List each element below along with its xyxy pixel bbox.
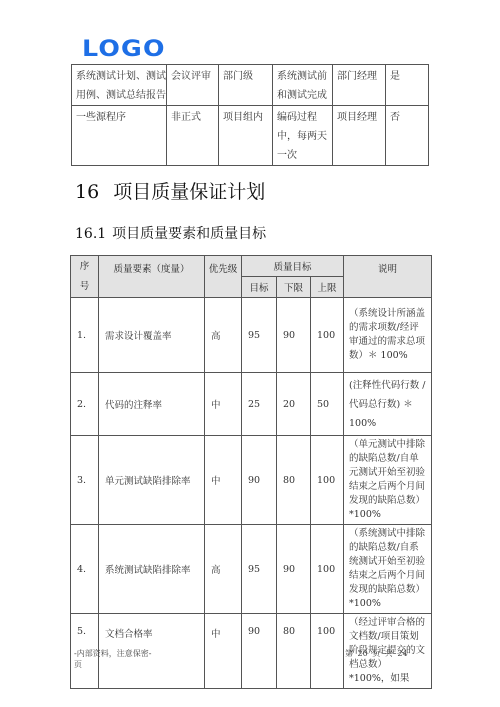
cell-element: 代码的注释率	[99, 373, 205, 436]
table-cell: 是	[386, 65, 429, 106]
cell-element: 需求设计覆盖率	[99, 298, 205, 373]
cell-target: 90	[242, 436, 277, 525]
section-number: 16	[75, 181, 99, 203]
cell-target: 25	[242, 373, 277, 436]
cell-element: 系统测试缺陷排除率	[99, 525, 205, 614]
cell-lower: 80	[277, 436, 311, 525]
cell-priority: 中	[205, 614, 242, 689]
cell-element: 单元测试缺陷排除率	[99, 436, 205, 525]
cell-seq: 3.	[71, 436, 99, 525]
table-cell: 系统测试计划、测试用例、测试总结报告	[72, 65, 167, 106]
table-header-row: 序号 质量要素（度量） 优先级 质量目标 说明	[71, 256, 432, 277]
header-lower: 下限	[277, 277, 311, 298]
table-cell: 项目组内	[219, 106, 273, 166]
header-target: 目标	[242, 277, 277, 298]
cell-lower: 20	[277, 373, 311, 436]
header-seq: 序号	[71, 256, 99, 298]
table-row: 3. 单元测试缺陷排除率 中 90 80 100 （单元测试中排除的缺陷总数/自…	[71, 436, 432, 525]
cell-lower: 80	[277, 614, 311, 689]
header-priority: 优先级	[205, 256, 242, 298]
table-row: 系统测试计划、测试用例、测试总结报告 会议评审 部门级 系统测试前和测试完成 部…	[72, 65, 429, 106]
table-row: 一些源程序 非正式 项目组内 编码过程中，每两天一次 项目经理 否	[72, 106, 429, 166]
cell-seq: 2.	[71, 373, 99, 436]
table-cell: 否	[386, 106, 429, 166]
cell-note: （系统设计所涵盖的需求项数/经评审通过的需求总项数）＊ 100%	[344, 298, 432, 373]
header-upper: 上限	[311, 277, 344, 298]
cell-note: （系统测试中排除的缺陷总数/自系统测试开始至初验结束之后两个月间发现的缺陷总数）…	[344, 525, 432, 614]
cell-upper: 100	[311, 525, 344, 614]
cell-priority: 高	[205, 525, 242, 614]
cell-seq: 4.	[71, 525, 99, 614]
table-cell: 项目经理	[333, 106, 386, 166]
table-cell: 编码过程中，每两天一次	[273, 106, 333, 166]
table-row: 4. 系统测试缺陷排除率 高 95 90 100 （系统测试中排除的缺陷总数/自…	[71, 525, 432, 614]
table-cell: 部门级	[219, 65, 273, 106]
logo: LOGO	[82, 39, 166, 61]
table-cell: 会议评审	[167, 65, 219, 106]
cell-lower: 90	[277, 525, 311, 614]
table-row: 2. 代码的注释率 中 25 20 50 (注释性代码行数 / 代码总行数) ＊…	[71, 373, 432, 436]
page-word: 页	[74, 659, 151, 670]
review-table: 系统测试计划、测试用例、测试总结报告 会议评审 部门级 系统测试前和测试完成 部…	[71, 64, 429, 166]
confidential-notice: -内部资料，注意保密-	[74, 648, 151, 659]
cell-note: (注释性代码行数 / 代码总行数) ＊ 100%	[344, 373, 432, 436]
page-number: 第 20 页 共 24	[345, 648, 408, 659]
cell-upper: 100	[311, 436, 344, 525]
table-cell: 非正式	[167, 106, 219, 166]
subsection-number: 16.1	[75, 226, 106, 242]
table-row: 1. 需求设计覆盖率 高 95 90 100 （系统设计所涵盖的需求项数/经评审…	[71, 298, 432, 373]
header-note: 说明	[344, 256, 432, 298]
table-cell: 系统测试前和测试完成	[273, 65, 333, 106]
cell-target: 95	[242, 298, 277, 373]
cell-upper: 100	[311, 614, 344, 689]
cell-note: （单元测试中排除的缺陷总数/自单元测试开始至初验结束之后两个月间发现的缺陷总数）…	[344, 436, 432, 525]
cell-target: 90	[242, 614, 277, 689]
footer-confidential: -内部资料，注意保密- 页	[74, 648, 151, 670]
header-goal-group: 质量目标	[242, 256, 344, 277]
subsection-heading: 16.1项目质量要素和质量目标	[75, 223, 266, 243]
cell-target: 95	[242, 525, 277, 614]
cell-upper: 50	[311, 373, 344, 436]
cell-upper: 100	[311, 298, 344, 373]
cell-seq: 1.	[71, 298, 99, 373]
header-element: 质量要素（度量）	[99, 256, 205, 298]
cell-priority: 高	[205, 298, 242, 373]
section-title: 项目质量保证计划	[113, 181, 265, 203]
cell-priority: 中	[205, 436, 242, 525]
quality-table: 序号 质量要素（度量） 优先级 质量目标 说明 目标 下限 上限 1. 需求设计…	[70, 255, 432, 689]
table-cell: 一些源程序	[72, 106, 167, 166]
cell-lower: 90	[277, 298, 311, 373]
subsection-title: 项目质量要素和质量目标	[112, 226, 266, 242]
section-heading: 16项目质量保证计划	[75, 177, 265, 204]
table-cell: 部门经理	[333, 65, 386, 106]
cell-priority: 中	[205, 373, 242, 436]
